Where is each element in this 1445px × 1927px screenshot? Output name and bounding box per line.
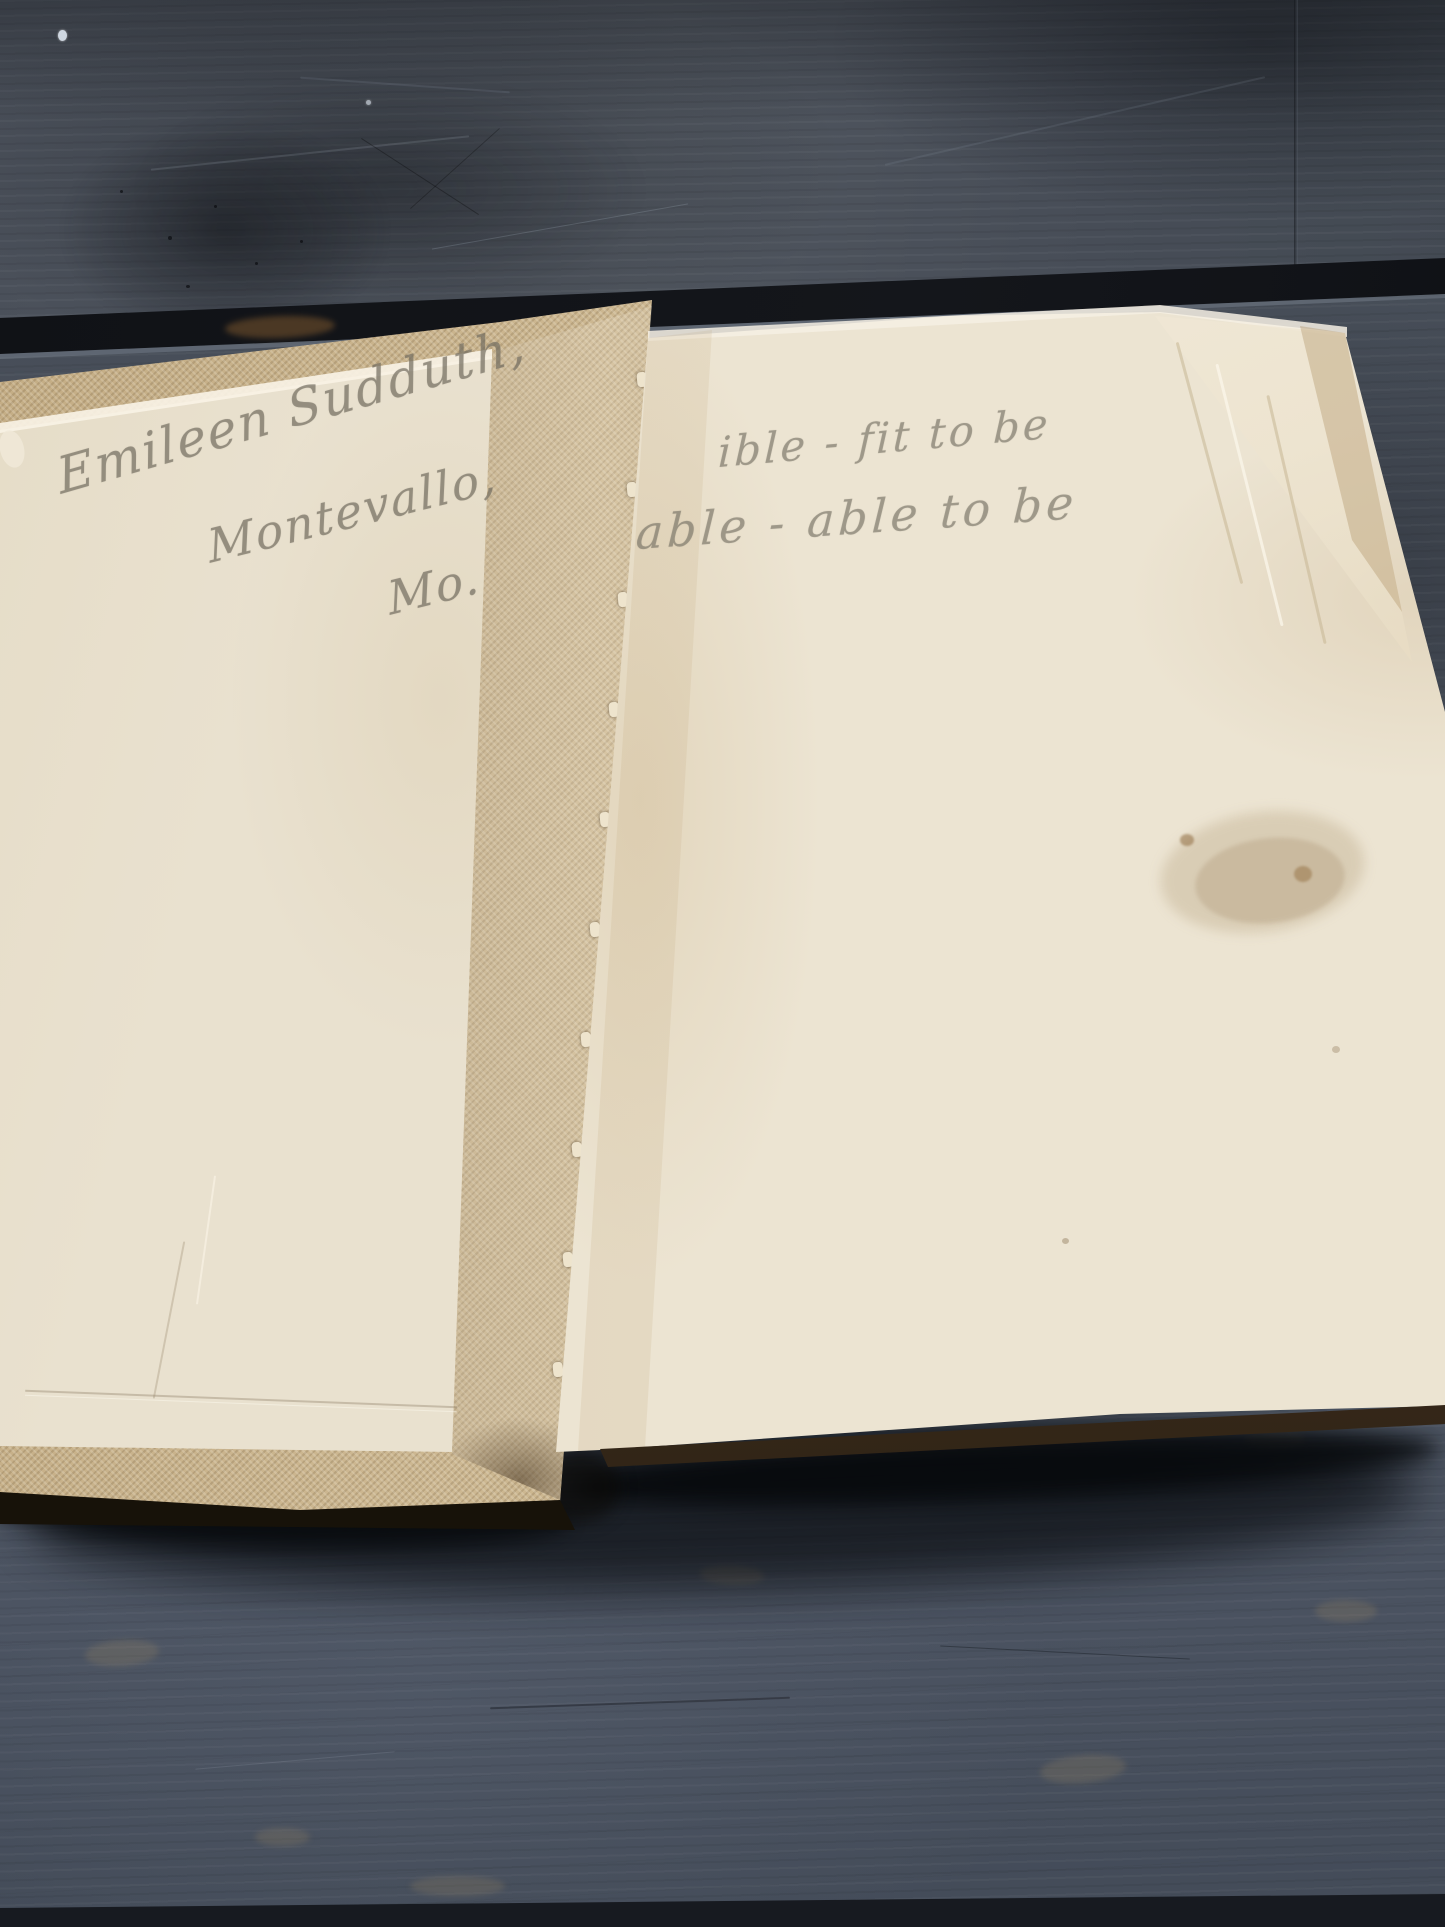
- paint-chip: [366, 100, 371, 105]
- page-speck: [1062, 1238, 1069, 1244]
- paint-chip: [58, 30, 67, 41]
- page-stain-dot: [1294, 866, 1312, 882]
- wood-worn-spot: [255, 1828, 310, 1846]
- wood-speck: [186, 285, 190, 288]
- wood-worn-spot: [410, 1876, 505, 1896]
- wood-speck: [255, 262, 258, 265]
- page-stain-dot: [1180, 834, 1194, 846]
- wood-speck: [300, 240, 303, 243]
- spine-stitch: [552, 1362, 563, 1378]
- wood-speck: [214, 205, 217, 208]
- wood-worn-spot: [1315, 1600, 1377, 1622]
- plank-butt-joint: [1294, 0, 1298, 266]
- page-speck: [1332, 1046, 1340, 1053]
- photo-open-book-on-wood-table: Emileen Sudduth, Montevallo, Mo. ible - …: [0, 0, 1445, 1927]
- wood-speck: [168, 236, 172, 240]
- wood-speck: [120, 190, 123, 193]
